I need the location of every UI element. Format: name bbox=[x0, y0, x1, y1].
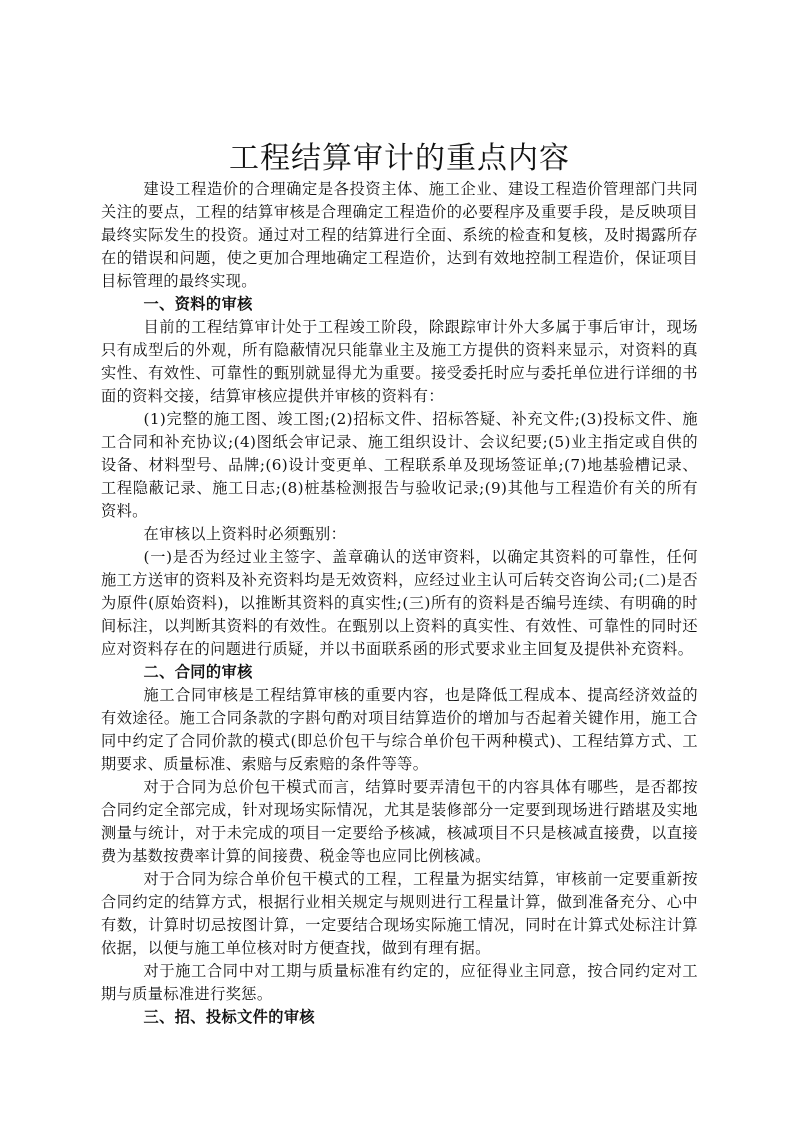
paragraph: 对于合同为综合单价包干模式的工程，工程量为据实结算，审核前一定要重新按合同约定的… bbox=[101, 868, 698, 960]
paragraph: 施工合同审核是工程结算审核的重要内容，也是降低工程成本、提高经济效益的有效途径。… bbox=[101, 684, 698, 776]
paragraph: (一)是否为经过业主签字、盖章确认的送审资料，以确定其资料的可靠性，任何施工方送… bbox=[101, 546, 698, 661]
section-materials-review: 一、资料的审核 目前的工程结算审计处于工程竣工阶段，除跟踪审计外大多属于事后审计… bbox=[101, 293, 698, 661]
section-heading: 一、资料的审核 bbox=[101, 293, 698, 316]
paragraph: 目前的工程结算审计处于工程竣工阶段，除跟踪审计外大多属于事后审计，现场只有成型后… bbox=[101, 316, 698, 408]
paragraph: 在审核以上资料时必须甄别： bbox=[101, 523, 698, 546]
section-heading: 二、合同的审核 bbox=[101, 661, 698, 684]
intro-paragraph: 建设工程造价的合理确定是各投资主体、施工企业、建设工程造价管理部门共同关注的要点… bbox=[101, 178, 698, 293]
document-page: 工程结算审计的重点内容 建设工程造价的合理确定是各投资主体、施工企业、建设工程造… bbox=[101, 140, 698, 1029]
document-title: 工程结算审计的重点内容 bbox=[101, 140, 698, 178]
paragraph: 对于合同为总价包干模式而言，结算时要弄清包干的内容具体有哪些，是否都按合同约定全… bbox=[101, 776, 698, 868]
section-heading: 三、招、投标文件的审核 bbox=[101, 1006, 698, 1029]
section-contract-review: 二、合同的审核 施工合同审核是工程结算审核的重要内容，也是降低工程成本、提高经济… bbox=[101, 661, 698, 1006]
section-bidding-documents-review: 三、招、投标文件的审核 bbox=[101, 1006, 698, 1029]
paragraph: (1)完整的施工图、竣工图;(2)招标文件、招标答疑、补充文件;(3)投标文件、… bbox=[101, 408, 698, 523]
paragraph: 对于施工合同中对工期与质量标准有约定的，应征得业主同意，按合同约定对工期与质量标… bbox=[101, 960, 698, 1006]
